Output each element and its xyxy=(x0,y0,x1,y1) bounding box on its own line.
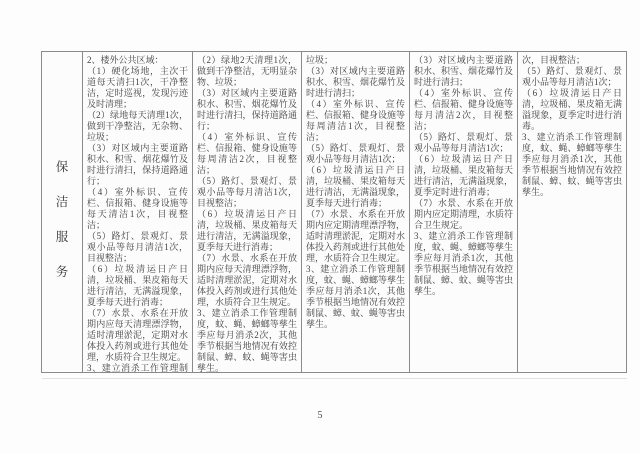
cell-paragraph: 3、建立消杀工作管理制度，蚊、蝇、蟑螂等孳生季应每月消杀1次，其他季节根据当地情… xyxy=(414,231,513,297)
cell-paragraph: （2）绿地每天清理1次，做到干净整洁，无杂物、垃圾； xyxy=(87,110,188,143)
table-cell-level-2: （2）绿地2天清理1次，做到干净整洁，无明显杂物、垃圾；（3）对区域内主要道路积… xyxy=(193,52,302,372)
cell-paragraph: （1）硬化场地，主次干道每天清扫1次，干净整洁，定时巡视，发现污迹及时清理； xyxy=(87,66,188,110)
cell-paragraph: （5）路灯、景观灯、景观小品等每月清洁1次； xyxy=(306,143,405,165)
cell-paragraph: （4）室外标识、宣传栏、信报箱、健身设施等每周清洁1次，目视整洁； xyxy=(306,99,405,143)
cell-paragraph: （4）室外标识、宣传栏、信报箱、健身设施等每天清洁1次，目视整洁； xyxy=(87,187,188,231)
table-cell-level-3: 垃圾；（3）对区域内主要道路积水、积雪、烟花爆竹及时进行清扫；（4）室外标识、宣… xyxy=(302,52,410,372)
cell-paragraph: （3）对区域内主要道路积水、积雪、烟花爆竹及时进行清扫； xyxy=(306,66,405,99)
cell-paragraph: （3）对区域内主要道路积水、积雪、烟花爆竹及时进行清扫，保持道路通行； xyxy=(197,88,297,132)
row-header-cell: 保洁服务 xyxy=(42,52,83,372)
service-standards-table: 保洁服务 2、楼外公共区域：（1）硬化场地，主次干道每天清扫1次，干净整洁，定时… xyxy=(41,51,627,373)
cell-paragraph: （4）室外标识、宣传栏、信报箱、健身设施等每周清洁2次，目视整洁； xyxy=(197,132,297,176)
cell-paragraph: （7）水景、水系在开放期内应定期清理漂浮物，适时清理淤泥，定期对水体投入药剂或进… xyxy=(306,209,405,264)
cell-paragraph: 3、建立消杀工作管理制度，蚊、蝇、蟑螂等孳生季应每月消杀2次，其他季节根据当地情… xyxy=(197,308,297,372)
cell-paragraph: （6）垃圾清运日产日清，垃圾桶、果皮箱每天进行清洁，无满溢现象，夏季每天进行消毒… xyxy=(87,264,188,308)
cell-paragraph: （5）路灯、景观灯、景观小品等每月清洁1次； xyxy=(414,132,513,154)
table-cell-level-1: 2、楼外公共区域：（1）硬化场地，主次干道每天清扫1次，干净整洁，定时巡视，发现… xyxy=(83,52,193,372)
cell-paragraph: （7）水景、水系在开放期内应定期清理，水质符合卫生规定。 xyxy=(414,198,513,231)
cell-paragraph: 垃圾； xyxy=(306,55,405,66)
cell-paragraph: （6）垃圾清运日产日清，垃圾桶、果皮箱每天进行清洁，无满溢现象，夏季定时进行消毒… xyxy=(414,154,513,198)
page-number: 5 xyxy=(0,410,640,422)
cell-paragraph: （3）对区域内主要道路积水、积雪、烟花爆竹及时进行清扫； xyxy=(414,55,513,88)
cell-paragraph: （7）水景、水系在开放期内应每天清理漂浮物，适时清理淤泥，定期对水体投入药剂或进… xyxy=(87,308,188,363)
cell-paragraph: 次，目视整洁； xyxy=(522,55,622,66)
cell-paragraph: （4）室外标识、宣传栏、信报箱、健身设施等每月清洁2次，目视整洁； xyxy=(414,88,513,132)
cell-paragraph: （6）垃圾清运日产日清，垃圾桶、果皮箱每天进行清洁，无满溢现象，夏季每天进行消毒… xyxy=(306,165,405,209)
cell-paragraph: （7）水景、水系在开放期内应每天清理漂浮物，适时清理淤泥，定期对水体投入药剂或进… xyxy=(197,253,297,308)
table-bottom-shadow xyxy=(42,378,627,379)
document-page: 保洁服务 2、楼外公共区域：（1）硬化场地，主次干道每天清扫1次，干净整洁，定时… xyxy=(0,0,640,453)
row-header-label: 保洁服务 xyxy=(55,150,69,290)
cell-paragraph: （2）绿地2天清理1次，做到干净整洁，无明显杂物、垃圾； xyxy=(197,55,297,88)
cell-paragraph: 3、建立消杀工作管理制度，蚊、蝇、蟑螂等孳生季应每月消杀1次，其他季节根据当地情… xyxy=(306,264,405,330)
table-cell-level-4: （3）对区域内主要道路积水、积雪、烟花爆竹及时进行清扫；（4）室外标识、宣传栏、… xyxy=(410,52,518,372)
cell-paragraph: （5）路灯、景观灯、景观小品等每月清洁1次，目视整洁； xyxy=(87,231,188,264)
cell-paragraph: 3、建立消杀工作管理制度，蚊、蝇、蟑螂等孳生季应每月消杀2次，其他季节根据当地情… xyxy=(87,363,188,372)
cell-paragraph: 3、建立消杀工作管理制度，蚊、蝇、蟑螂等孳生季应每月消杀1次，其他季节根据当地情… xyxy=(522,132,622,198)
cell-paragraph: （5）路灯、景观灯、景观小品等每月清洁1次； xyxy=(522,66,622,88)
cell-paragraph: （5）路灯、景观灯、景观小品等每月清洁1次，目视整洁； xyxy=(197,176,297,209)
cell-paragraph: （6）垃圾清运日产日清，垃圾桶、果皮箱每天进行清洁，无满溢现象，夏季每天进行消毒… xyxy=(197,209,297,253)
cell-paragraph: 2、楼外公共区域： xyxy=(87,55,188,66)
table-cell-level-5: 次，目视整洁；（5）路灯、景观灯、景观小品等每月清洁1次；（6）垃圾清运日产日清… xyxy=(518,52,626,372)
cell-paragraph: （6）垃圾清运日产日清，垃圾桶、果皮箱无满溢现象，夏季定时进行消毒。 xyxy=(522,88,622,132)
cell-paragraph: （3）对区域内主要道路积水、积雪、烟花爆竹及时进行清扫，保持道路通行； xyxy=(87,143,188,187)
